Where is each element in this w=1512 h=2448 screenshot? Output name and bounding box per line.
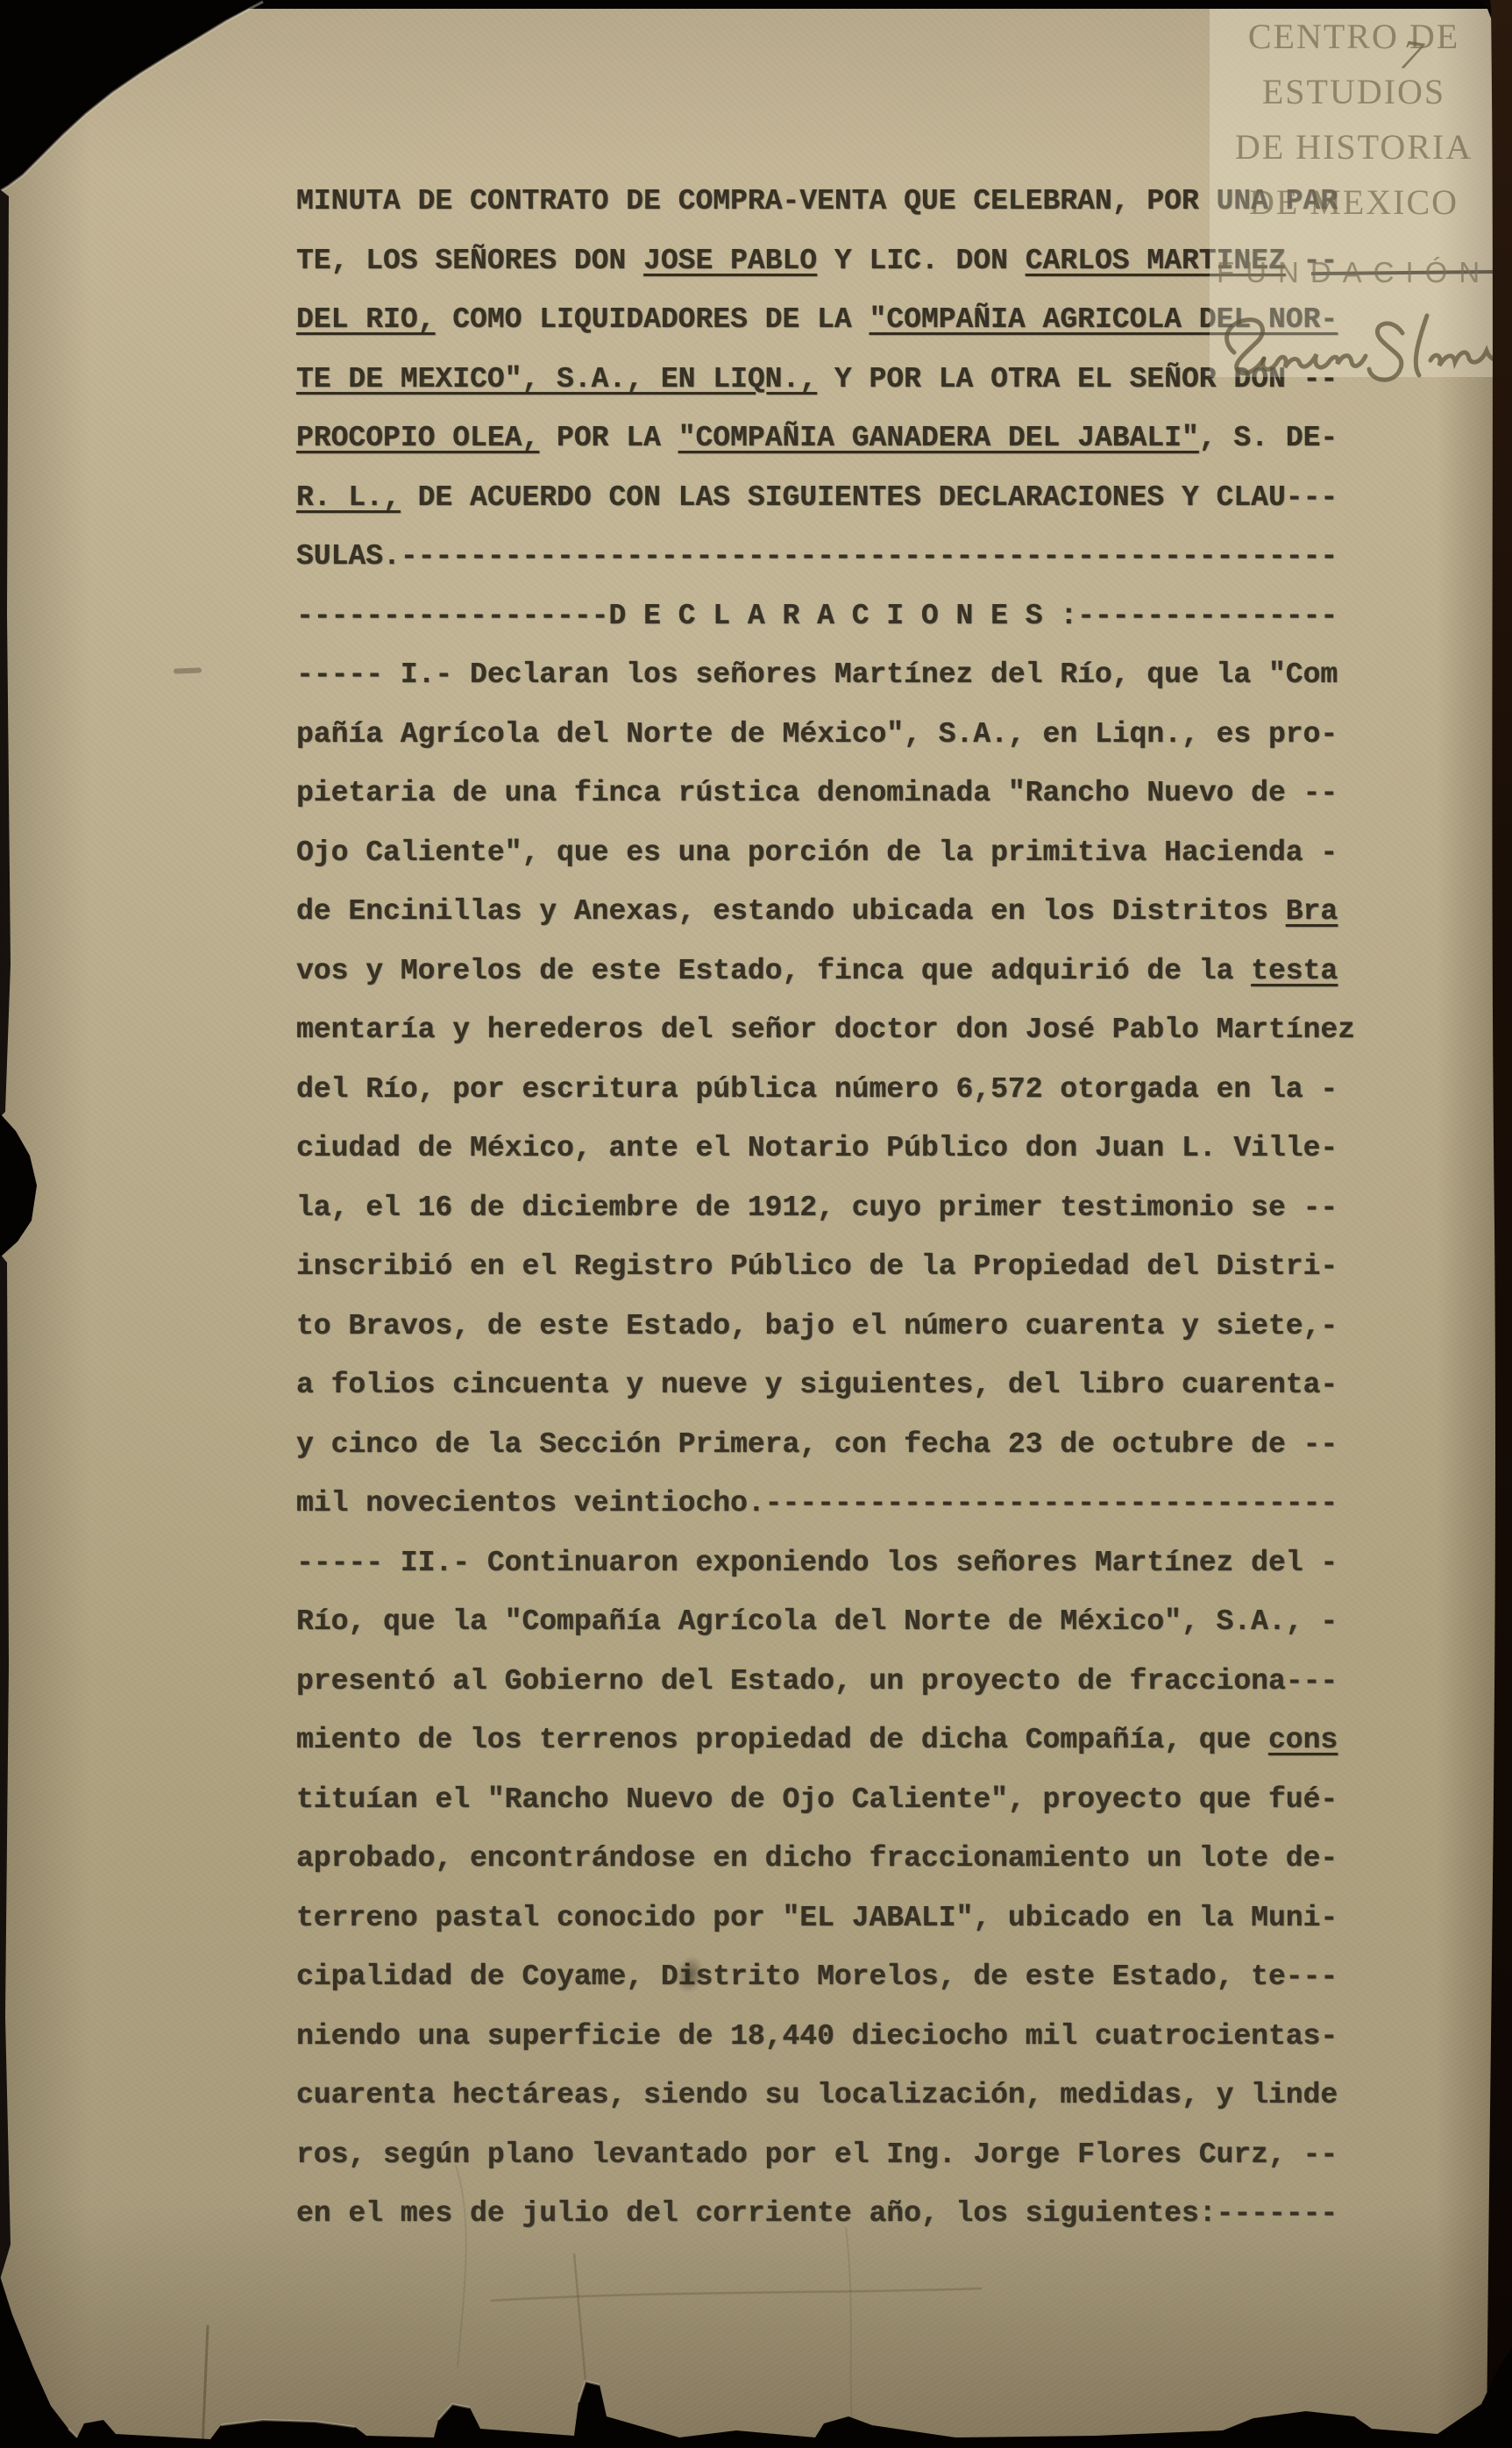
document-line: ----- II.- Continuaron exponiendo los se… (296, 1534, 1355, 1593)
document-line: miento de los terrenos propiedad de dich… (296, 1711, 1355, 1770)
document-line: pañía Agrícola del Norte de México", S.A… (296, 705, 1355, 765)
document-line: ----- I.- Declaran los señores Martínez … (296, 645, 1355, 705)
document-line: a folios cincuenta y nueve y siguientes,… (296, 1356, 1355, 1415)
watermark-line: CENTRO DE (1203, 9, 1505, 64)
document-line: de Encinillas y Anexas, estando ubicada … (296, 882, 1355, 942)
document-line: ------------------D E C L A R A C I O N … (296, 587, 1355, 646)
document-line: mentaría y herederos del señor doctor do… (296, 1000, 1355, 1060)
document-line: aprobado, encontrándose en dicho fraccio… (296, 1829, 1355, 1889)
document-line: inscribió en el Registro Público de la P… (296, 1237, 1355, 1297)
document-line: cuarenta hectáreas, siendo su localizaci… (296, 2066, 1355, 2125)
document-line: y cinco de la Sección Primera, con fecha… (296, 1415, 1355, 1475)
document-line: en el mes de julio del corriente año, lo… (296, 2184, 1355, 2244)
document-line: TE DE MEXICO", S.A., EN LIQN., Y POR LA … (296, 350, 1355, 409)
document-line: pietaria de una finca rústica denominada… (296, 764, 1355, 823)
document-line: ciudad de México, ante el Notario Públic… (296, 1119, 1355, 1178)
watermark-line: DE MEXICO (1203, 174, 1505, 230)
document-line: niendo una superficie de 18,440 diecioch… (296, 2007, 1355, 2067)
document-line: tituían el "Rancho Nuevo de Ojo Caliente… (296, 1770, 1355, 1830)
document-line: mil novecientos veintiocho.-------------… (296, 1474, 1355, 1534)
watermark-line: ESTUDIOS (1203, 64, 1505, 119)
document-line: to Bravos, de este Estado, bajo el númer… (296, 1297, 1355, 1356)
document-line: R. L., DE ACUERDO CON LAS SIGUIENTES DEC… (296, 468, 1355, 528)
document-line: terreno pastal conocido por "EL JABALI",… (296, 1889, 1355, 1948)
document-line: DEL RIO, COMO LIQUIDADORES DE LA "COMPAÑ… (296, 290, 1355, 350)
document-line: la, el 16 de diciembre de 1912, cuyo pri… (296, 1178, 1355, 1238)
watermark-line: DE HISTORIA (1203, 119, 1505, 174)
document-line: vos y Morelos de este Estado, finca que … (296, 942, 1355, 1001)
carlos-slim-signature-icon (1208, 305, 1512, 395)
document-line: TE, LOS SEÑORES DON JOSE PABLO Y LIC. DO… (296, 231, 1355, 291)
watermark-foundation-label: FUNDACIÓN (1217, 256, 1512, 289)
document-line: ros, según plano levantado por el Ing. J… (296, 2125, 1355, 2185)
document-line: presentó al Gobierno del Estado, un proy… (296, 1652, 1355, 1711)
document-line: del Río, por escritura pública número 6,… (296, 1060, 1355, 1120)
document-line: SULAS.----------------------------------… (296, 527, 1355, 587)
document-line: Ojo Caliente", que es una porción de la … (296, 823, 1355, 883)
document-line: MINUTA DE CONTRATO DE COMPRA-VENTA QUE C… (296, 172, 1355, 231)
document-line: PROCOPIO OLEA, POR LA "COMPAÑIA GANADERA… (296, 409, 1355, 468)
document-line: Río, que la "Compañía Agrícola del Norte… (296, 1592, 1355, 1652)
watermark-institution-name: CENTRO DE ESTUDIOS DE HISTORIA DE MEXICO (1203, 9, 1505, 230)
margin-pen-dash (174, 667, 202, 673)
document-line: cipalidad de Coyame, Distrito Morelos, d… (296, 1947, 1355, 2007)
typed-document-text: MINUTA DE CONTRATO DE COMPRA-VENTA QUE C… (296, 172, 1355, 2244)
